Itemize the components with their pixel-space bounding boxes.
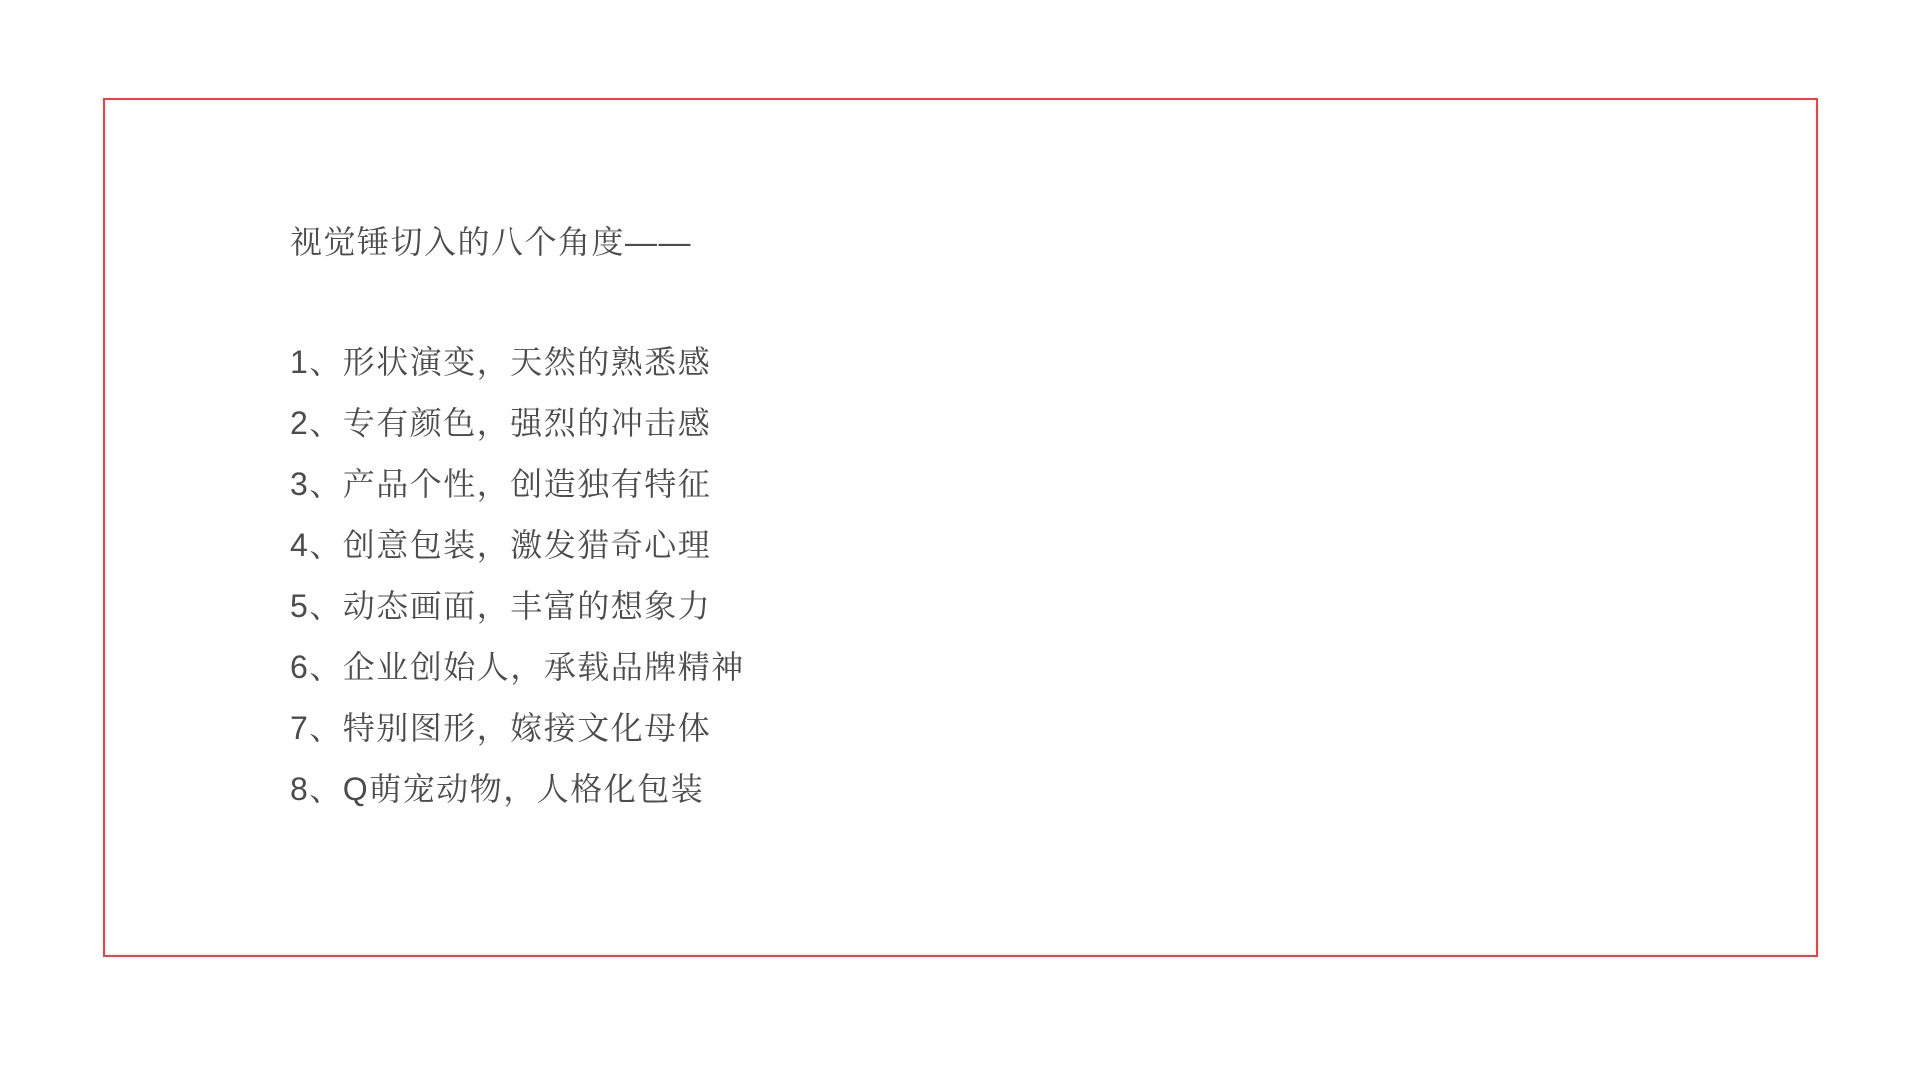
red-highlight-border: 视觉锤切入的八个角度—— 1、形状演变，天然的熟悉感 2、专有颜色，强烈的冲击感… — [103, 98, 1818, 957]
list-item: 2、专有颜色，强烈的冲击感 — [290, 393, 745, 454]
document-page: 视觉锤切入的八个角度—— 1、形状演变，天然的熟悉感 2、专有颜色，强烈的冲击感… — [0, 0, 1920, 1079]
text-content: 视觉锤切入的八个角度—— 1、形状演变，天然的熟悉感 2、专有颜色，强烈的冲击感… — [290, 212, 745, 820]
list-item: 1、形状演变，天然的熟悉感 — [290, 332, 745, 393]
list-item: 4、创意包装，激发猎奇心理 — [290, 515, 745, 576]
list-item: 8、Q萌宠动物，人格化包装 — [290, 759, 745, 820]
angle-list: 1、形状演变，天然的熟悉感 2、专有颜色，强烈的冲击感 3、产品个性，创造独有特… — [290, 332, 745, 820]
list-item: 7、特别图形，嫁接文化母体 — [290, 698, 745, 759]
list-item: 6、企业创始人，承载品牌精神 — [290, 637, 745, 698]
list-item: 5、动态画面，丰富的想象力 — [290, 576, 745, 637]
list-item: 3、产品个性，创造独有特征 — [290, 454, 745, 515]
page-title: 视觉锤切入的八个角度—— — [290, 212, 745, 273]
